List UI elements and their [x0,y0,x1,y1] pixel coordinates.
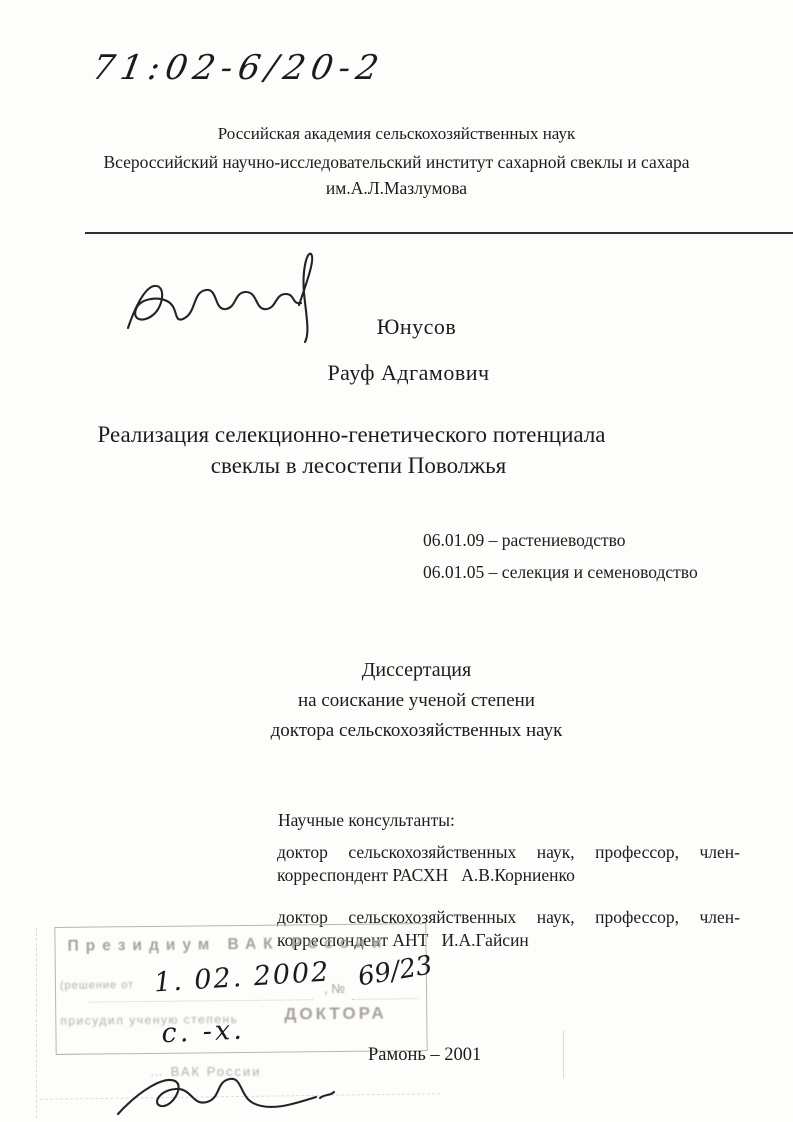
vak-stamp: Президиум ВАК России (решение от 1. 02. … [54,923,427,1055]
specialty-code-1: 06.01.09 – растениеводство [423,530,626,551]
scan-artifact-tick [563,1030,564,1078]
dissertation-title-page: 71:02-6/20-2 Российская академия сельско… [0,0,793,1122]
academy-name: Российская академия сельскохозяйственных… [0,124,793,144]
dissertation-title-line1: Реализация селекционно-генетического пот… [0,422,748,448]
consultant-1-line1: доктор сельскохозяйственных наук, профес… [277,841,740,864]
stamp-number-label: , № [324,981,345,996]
call-number-handwritten: 71:02-6/20-2 [89,48,387,88]
stamp-date-handwritten: 1. 02. 2002 [153,956,331,998]
dissertation-title-line2: свеклы в лесостепи Поволжья [0,453,755,479]
thesis-purpose: на соискание ученой степени [20,690,793,712]
stamp-header: Президиум ВАК России [67,934,388,955]
thesis-degree: доктора сельскохозяйственных наук [20,720,793,742]
specialty-code-2: 06.01.05 – селекция и семеноводство [423,562,698,583]
consultant-1: доктор сельскохозяйственных наук, профес… [277,841,740,886]
institute-name: Всероссийский научно-исследовательский и… [0,152,793,173]
institute-name-continued: им.А.Л.Мазлумова [0,178,793,199]
thesis-type: Диссертация [20,659,793,682]
stamp-number-underline [352,998,418,1000]
stamp-number-handwritten: 69/23 [356,950,435,992]
stamp-degree-handwritten: с. -х. [161,1015,246,1050]
stamp-degree-word: ДОКТОРА [284,1003,387,1024]
official-signature [112,1068,342,1122]
place-year: Рамонь – 2001 [368,1045,481,1066]
header-divider [85,232,793,234]
stamp-date-underline [88,999,313,1002]
scan-artifact-vertical-line [36,928,37,1118]
author-surname: Юнусов [20,314,793,340]
consultant-1-line2: корреспондент РАСХН А.В.Корниенко [277,864,740,887]
author-given-names: Рауф Адгамович [12,360,793,386]
consultants-label: Научные консультанты: [278,810,455,831]
stamp-decision-prefix: (решение от [60,979,134,992]
